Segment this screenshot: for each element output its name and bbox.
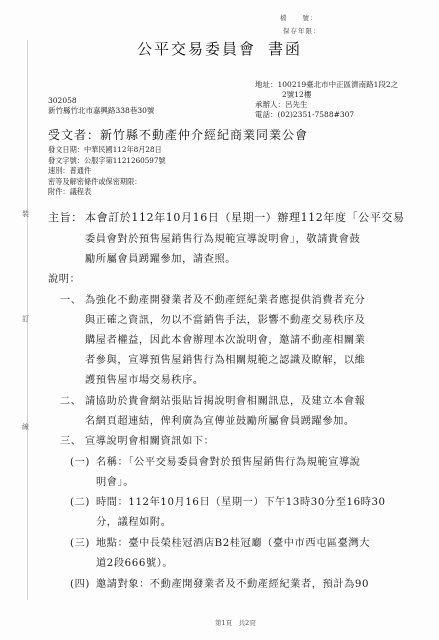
phone-number: (02)2351-7588#307: [278, 110, 355, 119]
item-line: 宣導說明會相關資訊如下：: [85, 432, 214, 447]
subject-label: 主旨：: [48, 209, 83, 225]
phone-label: 電話：: [255, 110, 278, 119]
item-line: 為強化不動產開發業者及不動產經紀業者應提供消費者充分: [85, 291, 365, 306]
subitem-line: 分，議程如附。: [96, 513, 172, 528]
subitem-marker: (三): [70, 534, 90, 549]
number-label: 發文字號：: [48, 156, 84, 165]
recipient-label: 受文者：: [48, 128, 100, 142]
recipient-name: 新竹縣不動產仲介經紀商業同業公會: [100, 128, 308, 142]
subitem-line: 名稱：「公平交易委員會對於預售屋銷售行為規範宣導說: [96, 453, 361, 468]
item-marker: 一、: [60, 291, 82, 306]
agency-name: 公平交易委員會: [137, 40, 256, 58]
item-line: 名網頁超連結，俾利廣為宣傳並鼓勵所屬會員踴躍參加。: [85, 412, 355, 427]
address-line1: 100219臺北市中正區濟南路1段2之: [278, 80, 399, 89]
binding-mark-zhuang: 裝: [22, 209, 29, 219]
subitem-line: 道2段666號）。: [96, 554, 173, 569]
document-number: 公服字第1121260597號: [84, 156, 166, 165]
speed-label: 速別：: [48, 166, 70, 175]
security-label: 密等及解密條件或保密期限：: [48, 177, 141, 186]
contact-label: 承辦人：: [255, 100, 285, 109]
delivery-speed: 普通件: [70, 166, 92, 175]
item-line: 與正確之資訊，勿以不當銷售手法，影響不動產交易秩序及: [85, 311, 365, 326]
address-label: 地址：: [255, 80, 278, 89]
subitem-marker: (一): [70, 453, 90, 468]
page-number: 第1頁 共2頁: [215, 618, 256, 627]
item-line: 購屋者權益，因此本會辦理本次說明會，邀請不動產相關業: [85, 331, 365, 346]
retention-period-label: 保存年限：: [283, 26, 321, 35]
contact-person: 呂先生: [285, 100, 308, 109]
subitem-marker: (二): [70, 493, 90, 508]
mailing-address: 新竹縣竹北市嘉興路338巷30號: [48, 106, 154, 116]
item-marker: 三、: [60, 432, 82, 447]
address-line2: 2號12樓: [255, 90, 398, 100]
recipient-address: 302058 新竹縣竹北市嘉興路338巷30號: [48, 96, 154, 116]
document-meta: 發文日期：中華民國112年8月28日 發文字號：公服字第1121260597號 …: [48, 145, 166, 198]
sender-info: 地址：100219臺北市中正區濟南路1段2之 2號12樓 承辦人：呂先生 電話：…: [255, 80, 398, 120]
subject-line: 本會訂於112年10月16日（星期一）辦理112年度「公平交易: [85, 209, 405, 225]
subject-line: 勵所屬會員踴躍參加，請查照。: [85, 250, 236, 265]
subitem-line: 明會」。: [96, 473, 134, 488]
binding-mark-ding: 訂: [22, 314, 29, 324]
subitem-line: 邀請對象：不動產開發業者及不動產經紀業者，預計為90: [96, 575, 369, 590]
subitem-line: 地點：臺中長榮桂冠酒店B2桂冠廳（臺中市西屯區臺灣大: [96, 534, 370, 549]
document-title: 公平交易委員會書函: [0, 38, 439, 59]
attachment-label: 附件：: [48, 187, 70, 196]
item-marker: 二、: [60, 392, 82, 407]
item-line: 護預售屋市場交易秩序。: [85, 371, 204, 386]
recipient: 受文者：新竹縣不動產仲介經紀商業同業公會: [48, 126, 308, 143]
subitem-marker: (四): [70, 575, 90, 590]
binding-mark-xian: 線: [22, 422, 29, 432]
date-label: 發文日期：: [48, 145, 84, 154]
subitem-line: 時間：112年10月16日（星期一）下午13時30分至16時30: [96, 493, 386, 508]
item-line: 請協助於貴會網站張貼旨揭說明會相關訊息，及建立本會報: [85, 392, 365, 407]
document-type: 書函: [268, 40, 302, 58]
subject-line: 委員會對於預售屋銷售行為規範宣導說明會」，敬請貴會鼓: [85, 230, 360, 245]
document-page: 裝 訂 線 檔 號： 保存年限： 公平交易委員會書函 地址：100219臺北市中…: [0, 0, 439, 640]
postal-code: 302058: [48, 96, 154, 106]
explanation-label: 說明：: [48, 270, 80, 285]
attachment-name: 議程表: [70, 187, 92, 196]
file-number-label: 檔 號：: [280, 13, 318, 22]
item-line: 者參與，宣導預售屋銷售行為相關規範之認識及瞭解，以維: [85, 351, 365, 366]
issue-date: 中華民國112年8月28日: [84, 145, 162, 154]
